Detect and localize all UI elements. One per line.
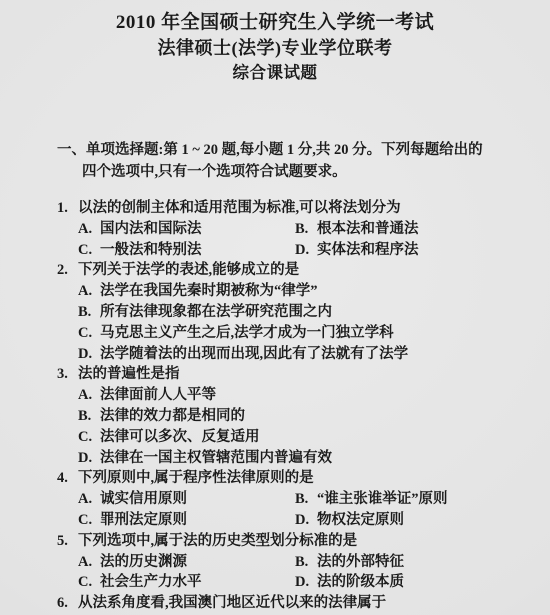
option-a-label: A. — [78, 219, 100, 240]
option-b: B.“谁主张谁举证”原则 — [295, 491, 448, 507]
option-b-label: B. — [295, 489, 317, 510]
question-5-options-row-2: C.社会生产力水平D.法的阶级本质 — [78, 572, 550, 593]
question-1-options-row-2: C.一般法和特别法D.实体法和程序法 — [78, 240, 550, 261]
section-one-heading: 一、单项选择题:第 1 ~ 20 题,每小题 1 分,共 20 分。下列每题给出… — [57, 140, 550, 183]
question-stem-text: 下列选项中,属于法的历史类型划分标准的是 — [78, 533, 357, 549]
option-c-text: 社会生产力水平 — [100, 574, 202, 590]
option-a-text: 法的历史渊源 — [100, 554, 187, 570]
option-d-label: D. — [295, 572, 317, 593]
option-a-text: 法学在我国先秦时期被称为“律学” — [100, 283, 318, 299]
option-b-label: B. — [295, 552, 317, 573]
option-d-label: D. — [295, 240, 317, 261]
question-stem-text: 下列关于法学的表述,能够成立的是 — [78, 262, 299, 278]
exam-title-block: 2010 年全国硕士研究生入学统一考试 法律硕士(法学)专业学位联考 综合课试题 — [0, 0, 550, 84]
option-d: D.法律在一国主权管辖范围内普遍有效 — [78, 448, 550, 469]
option-a-label: A. — [78, 385, 100, 406]
question-stem-text: 法的普遍性是指 — [78, 366, 180, 382]
option-a: A.国内法和国际法 — [78, 219, 295, 240]
option-c: C.罪刑法定原则 — [78, 510, 295, 531]
option-c: C.法律可以多次、反复适用 — [78, 427, 550, 448]
option-b-label: B. — [78, 302, 100, 323]
question-number: 5. — [57, 531, 78, 552]
option-d: D.实体法和程序法 — [295, 242, 419, 258]
option-a-label: A. — [78, 489, 100, 510]
option-c-text: 罪刑法定原则 — [100, 512, 187, 528]
question-number: 4. — [57, 468, 78, 489]
question-stem-text: 以法的创制主体和适用范围为标准,可以将法划分为 — [78, 200, 401, 216]
question-number: 3. — [57, 364, 78, 385]
question-1-stem: 1.以法的创制主体和适用范围为标准,可以将法划分为 — [57, 198, 550, 219]
option-d-text: 实体法和程序法 — [317, 242, 419, 258]
question-stem-text: 下列原则中,属于程序性法律原则的是 — [78, 470, 314, 486]
exam-title-line-2: 法律硕士(法学)专业学位联考 — [0, 36, 550, 61]
question-4-options-row-1: A.诚实信用原则B.“谁主张谁举证”原则 — [78, 489, 550, 510]
option-c-label: C. — [78, 572, 100, 593]
question-number: 1. — [57, 198, 78, 219]
option-d: D.法学随着法的出现而出现,因此有了法就有了法学 — [78, 344, 550, 365]
option-a: A.法学在我国先秦时期被称为“律学” — [78, 281, 550, 302]
question-5-stem: 5.下列选项中,属于法的历史类型划分标准的是 — [57, 531, 550, 552]
section-heading-line-2: 四个选项中,只有一个选项符合试题要求。 — [57, 162, 550, 184]
option-d-text: 法的阶级本质 — [317, 574, 404, 590]
option-c-text: 马克思主义产生之后,法学才成为一门独立学科 — [100, 325, 394, 341]
option-b-text: “谁主张谁举证”原则 — [317, 491, 448, 507]
question-1: 1.以法的创制主体和适用范围为标准,可以将法划分为 A.国内法和国际法B.根本法… — [57, 198, 550, 260]
question-stem-text: 从法系角度看,我国澳门地区近代以来的法律属于 — [78, 595, 386, 611]
option-b-text: 法律的效力都是相同的 — [100, 408, 245, 424]
option-b-text: 所有法律现象都在法学研究范围之内 — [100, 304, 332, 320]
option-b-label: B. — [78, 406, 100, 427]
exam-title-line-3: 综合课试题 — [0, 61, 550, 84]
option-a-text: 国内法和国际法 — [100, 221, 202, 237]
option-d-text: 物权法定原则 — [317, 512, 404, 528]
option-a: A.法律面前人人平等 — [78, 385, 550, 406]
question-4-stem: 4.下列原则中,属于程序性法律原则的是 — [57, 468, 550, 489]
option-d-text: 法律在一国主权管辖范围内普遍有效 — [100, 450, 332, 466]
question-4-options-row-2: C.罪刑法定原则D.物权法定原则 — [78, 510, 550, 531]
exam-title-line-1: 2010 年全国硕士研究生入学统一考试 — [0, 10, 550, 36]
option-a: A.诚实信用原则 — [78, 489, 295, 510]
option-b-text: 法的外部特征 — [317, 554, 404, 570]
section-heading-line-1: 一、单项选择题:第 1 ~ 20 题,每小题 1 分,共 20 分。下列每题给出… — [57, 140, 550, 162]
option-a-label: A. — [78, 552, 100, 573]
option-a-text: 法律面前人人平等 — [100, 387, 216, 403]
question-6: 6.从法系角度看,我国澳门地区近代以来的法律属于 — [57, 593, 550, 614]
option-c: C.一般法和特别法 — [78, 240, 295, 261]
option-b-label: B. — [295, 219, 317, 240]
question-4: 4.下列原则中,属于程序性法律原则的是 A.诚实信用原则B.“谁主张谁举证”原则… — [57, 468, 550, 530]
option-d: D.法的阶级本质 — [295, 574, 404, 590]
question-1-options-row-1: A.国内法和国际法B.根本法和普通法 — [78, 219, 550, 240]
option-b: B.根本法和普通法 — [295, 221, 419, 237]
option-b: B.法律的效力都是相同的 — [78, 406, 550, 427]
option-b: B.法的外部特征 — [295, 554, 404, 570]
option-a-label: A. — [78, 281, 100, 302]
question-3-stem: 3.法的普遍性是指 — [57, 364, 550, 385]
question-number: 6. — [57, 593, 78, 614]
option-d-label: D. — [78, 448, 100, 469]
option-d: D.物权法定原则 — [295, 512, 404, 528]
option-c: C.马克思主义产生之后,法学才成为一门独立学科 — [78, 323, 550, 344]
option-c-label: C. — [78, 510, 100, 531]
question-5-options-row-1: A.法的历史渊源B.法的外部特征 — [78, 552, 550, 573]
option-b: B.所有法律现象都在法学研究范围之内 — [78, 302, 550, 323]
option-c-label: C. — [78, 427, 100, 448]
option-c: C.社会生产力水平 — [78, 572, 295, 593]
question-number: 2. — [57, 260, 78, 281]
question-list: 1.以法的创制主体和适用范围为标准,可以将法划分为 A.国内法和国际法B.根本法… — [57, 198, 550, 614]
option-c-label: C. — [78, 240, 100, 261]
option-a: A.法的历史渊源 — [78, 552, 295, 573]
question-6-stem: 6.从法系角度看,我国澳门地区近代以来的法律属于 — [57, 593, 550, 614]
option-d-text: 法学随着法的出现而出现,因此有了法就有了法学 — [100, 346, 408, 362]
option-d-label: D. — [78, 344, 100, 365]
question-3: 3.法的普遍性是指 A.法律面前人人平等 B.法律的效力都是相同的 C.法律可以… — [57, 364, 550, 468]
option-d-label: D. — [295, 510, 317, 531]
option-b-text: 根本法和普通法 — [317, 221, 419, 237]
option-c-text: 法律可以多次、反复适用 — [100, 429, 260, 445]
option-c-text: 一般法和特别法 — [100, 242, 202, 258]
question-2-stem: 2.下列关于法学的表述,能够成立的是 — [57, 260, 550, 281]
exam-paper-page: 2010 年全国硕士研究生入学统一考试 法律硕士(法学)专业学位联考 综合课试题… — [0, 0, 550, 615]
question-2: 2.下列关于法学的表述,能够成立的是 A.法学在我国先秦时期被称为“律学” B.… — [57, 260, 550, 364]
option-a-text: 诚实信用原则 — [100, 491, 187, 507]
question-5: 5.下列选项中,属于法的历史类型划分标准的是 A.法的历史渊源B.法的外部特征 … — [57, 531, 550, 593]
option-c-label: C. — [78, 323, 100, 344]
